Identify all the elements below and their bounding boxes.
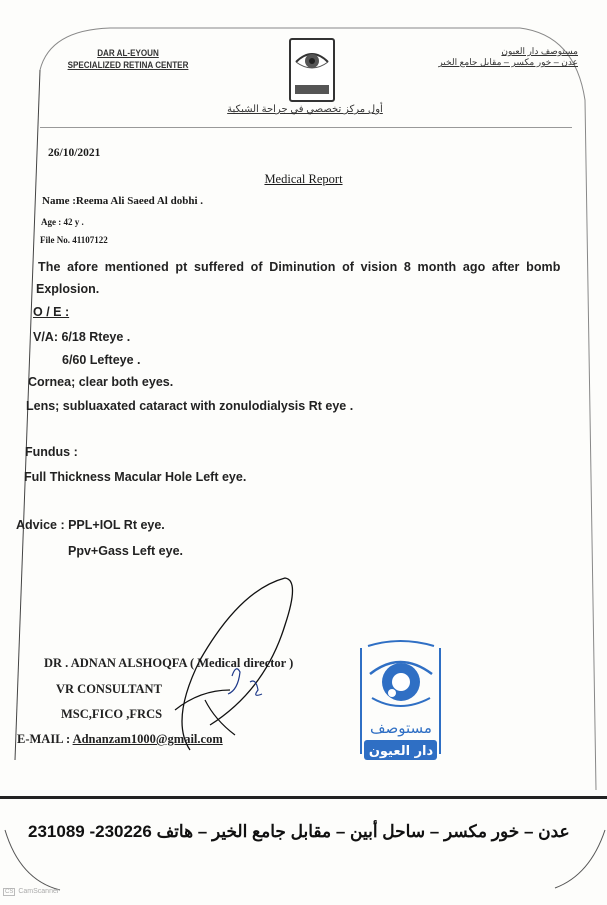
svg-text:دار العيون: دار العيون <box>369 744 434 759</box>
lens-finding: Lens; subluaxated cataract with zonulodi… <box>26 399 353 413</box>
clinic-ar-line1: مستوصف دار العيون <box>418 46 578 57</box>
clinic-logo <box>289 38 335 102</box>
patient-age: Age : 42 y . <box>41 217 84 227</box>
visual-acuity-right: V/A: 6/18 Rteye . <box>33 330 130 344</box>
doctor-qualifications: MSC,FICO ,FRCS <box>61 707 162 722</box>
file-number: File No. 41107122 <box>40 235 108 245</box>
footer-address-arabic: عدن – خور مكسر – ساحل أبين – مقابل جامع … <box>157 822 570 841</box>
history-line2: Explosion. <box>36 282 99 296</box>
visual-acuity-left: 6/60 Lefteye . <box>62 353 141 367</box>
footer-address: 231089 -230226 عدن – خور مكسر – ساحل أبي… <box>28 822 578 842</box>
clinic-name-arabic: مستوصف دار العيون عدن – خور مكسر – مقابل… <box>418 46 578 68</box>
doctor-role: VR CONSULTANT <box>56 682 162 697</box>
svg-text:مستوصف: مستوصف <box>370 719 432 737</box>
advice-line2: Ppv+Gass Left eye. <box>68 544 183 558</box>
header-divider <box>40 127 572 128</box>
handwritten-signature <box>0 0 607 905</box>
clinic-tagline: أول مركز تخصصي في جراحة الشبكية <box>200 104 410 115</box>
scanner-watermark: CSCamScanner <box>3 888 59 896</box>
oe-heading: O / E : <box>33 305 69 319</box>
doctor-email-line: E-MAIL : Adnanzam1000@gmail.com <box>17 732 223 747</box>
footer-phones: 231089 -230226 <box>28 822 152 841</box>
eye-icon <box>291 40 333 100</box>
clinic-name-english: DAR AL-EYOUN SPECIALIZED RETINA CENTER <box>60 48 196 72</box>
advice-line1: Advice : PPL+IOL Rt eye. <box>16 518 165 532</box>
camscanner-icon: CS <box>3 888 15 896</box>
fundus-finding: Full Thickness Macular Hole Left eye. <box>24 470 246 484</box>
patient-name: Name :Reema Ali Saeed Al dobhi . <box>42 195 203 207</box>
letterhead-frame <box>0 0 607 905</box>
clinic-stamp: مستوصف دار العيون <box>358 636 443 766</box>
email-label: E-MAIL : <box>17 732 73 746</box>
fundus-heading: Fundus : <box>25 445 78 459</box>
scanner-app-name: CamScanner <box>18 888 59 895</box>
history-line1: The afore mentioned pt suffered of Dimin… <box>38 260 561 274</box>
clinic-name-line2: SPECIALIZED RETINA CENTER <box>60 60 196 72</box>
report-date: 26/10/2021 <box>48 147 100 159</box>
clinic-ar-line2: عدن – خور مكسر – مقابل جامع الخير <box>418 57 578 68</box>
cornea-finding: Cornea; clear both eyes. <box>28 375 173 389</box>
report-title: Medical Report <box>0 172 607 187</box>
email-link[interactable]: Adnanzam1000@gmail.com <box>73 732 223 746</box>
footer-divider <box>0 796 607 799</box>
doctor-name: DR . ADNAN ALSHOQFA ( Medical director ) <box>44 656 293 671</box>
stamp-eye-logo-icon: مستوصف دار العيون <box>358 636 443 766</box>
clinic-name-line1: DAR AL-EYOUN <box>60 48 196 60</box>
